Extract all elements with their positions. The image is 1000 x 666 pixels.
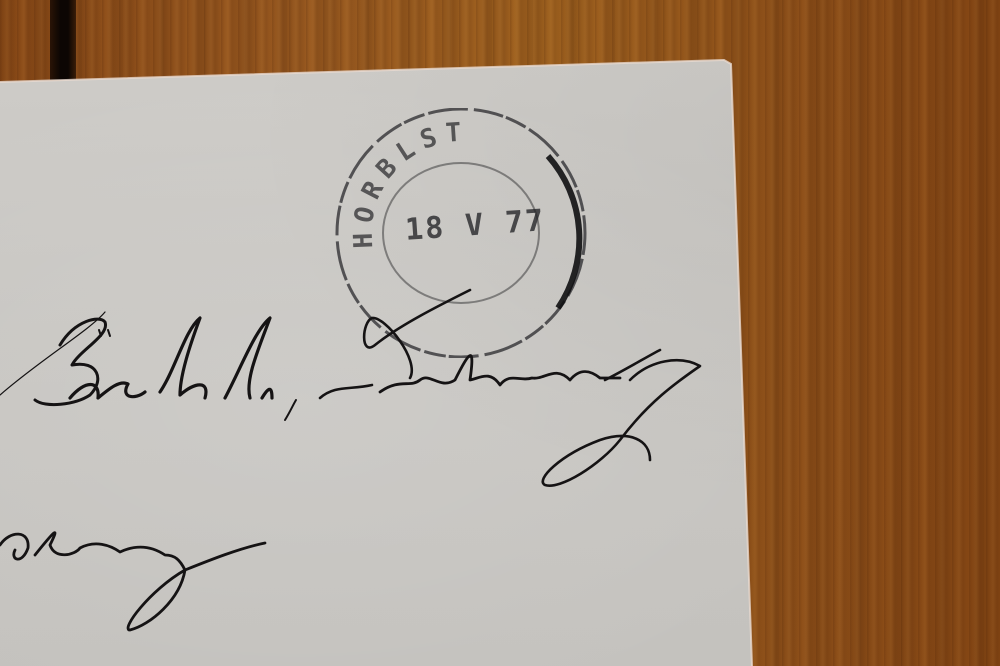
wood-gap <box>50 0 76 80</box>
